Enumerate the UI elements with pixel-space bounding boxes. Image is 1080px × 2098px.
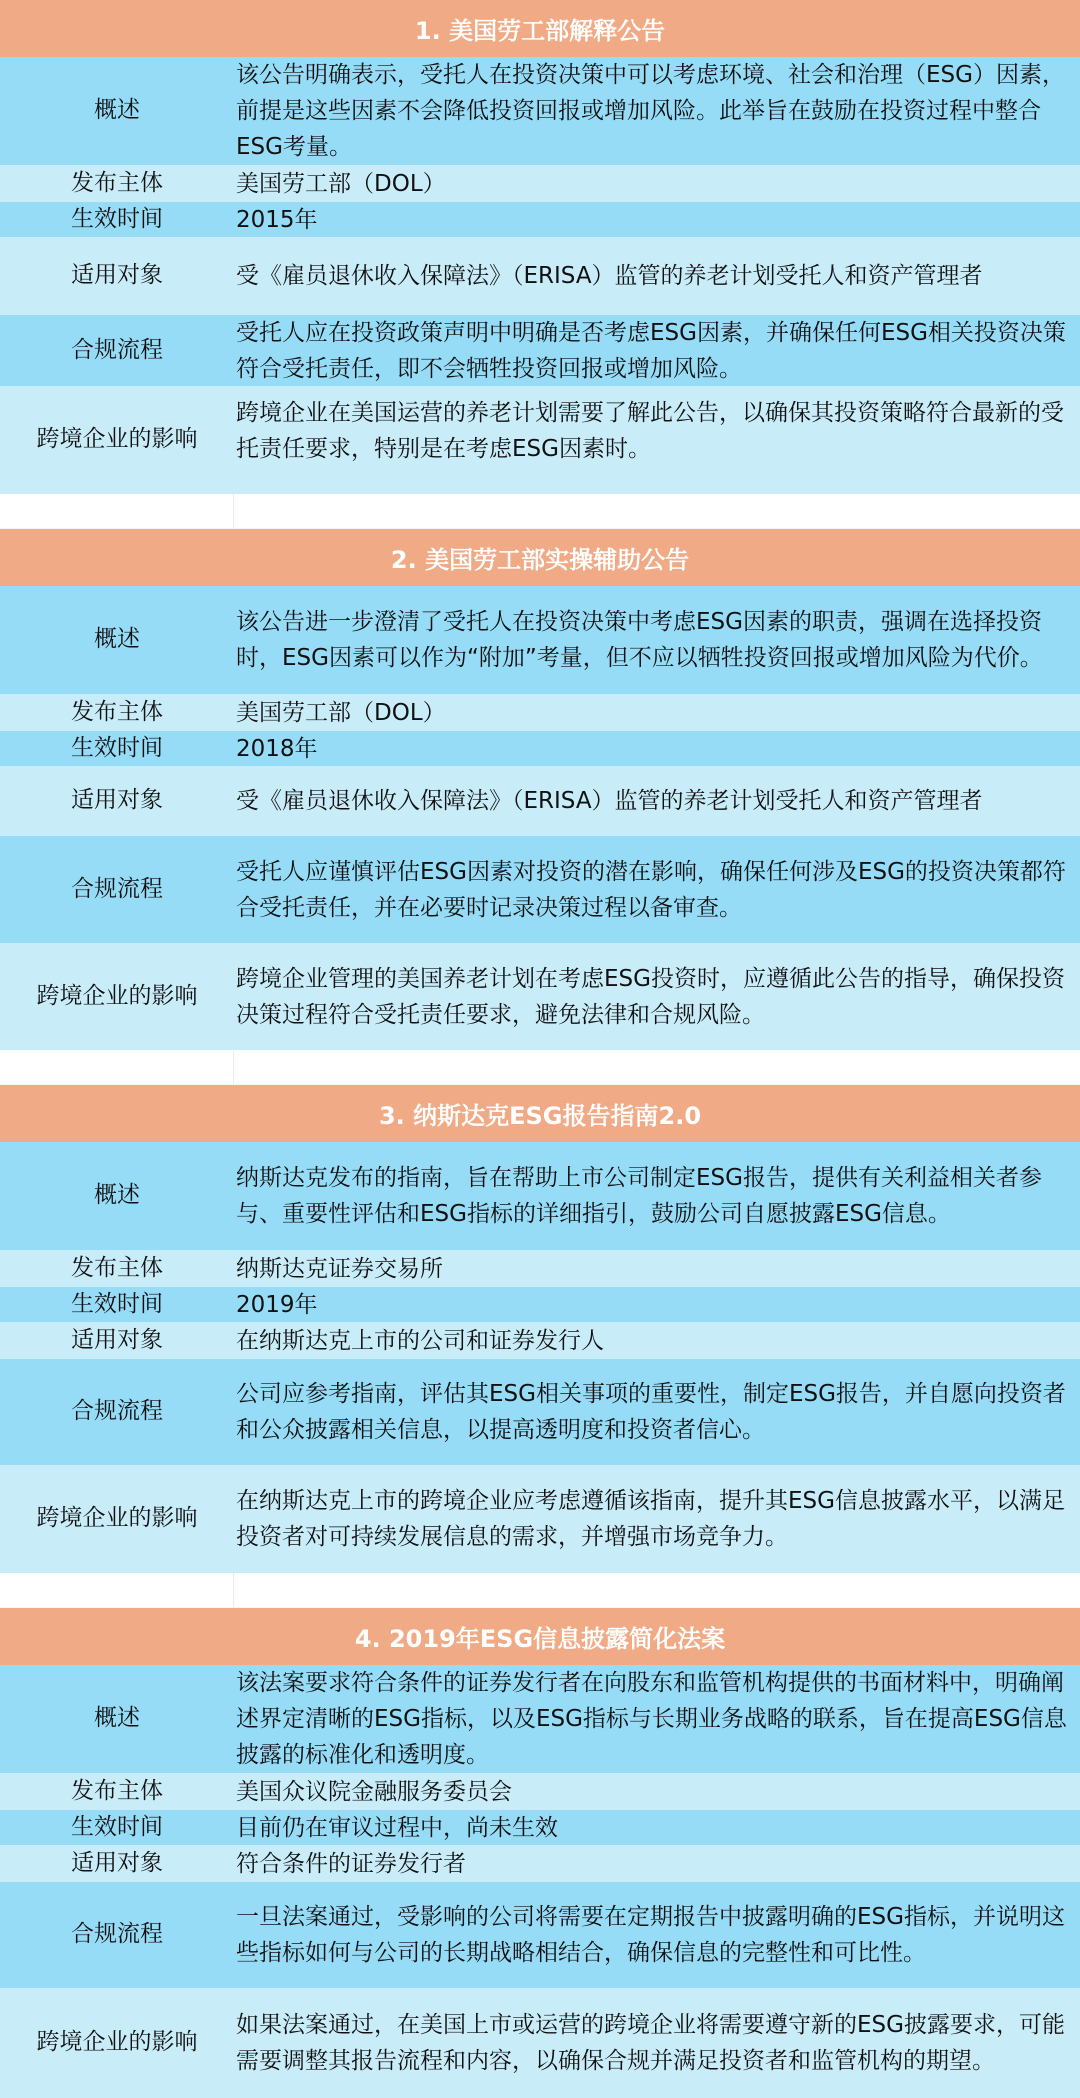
section-3: 3. 纳斯达克ESG报告指南2.0 概述 纳斯达克发布的指南，旨在帮助上市公司制… (0, 1084, 1080, 1607)
section-title: 3. 纳斯达克ESG报告指南2.0 (0, 1084, 1080, 1142)
row-value: 2015年 (234, 202, 1080, 237)
row-value: 2018年 (234, 731, 1080, 766)
section-1: 1. 美国劳工部解释公告 概述 该公告明确表示，受托人在投资决策中可以考虑环境、… (0, 0, 1080, 528)
row-applicable-to: 适用对象 符合条件的证券发行者 (0, 1845, 1080, 1882)
row-value: 美国劳工部（DOL） (234, 165, 1080, 202)
row-label: 跨境企业的影响 (0, 386, 234, 494)
row-label: 概述 (0, 1142, 234, 1250)
section-spacer (0, 1050, 1080, 1084)
row-label: 发布主体 (0, 1773, 234, 1810)
row-issuer: 发布主体 纳斯达克证券交易所 (0, 1250, 1080, 1287)
row-label: 合规流程 (0, 315, 234, 386)
row-compliance-process: 合规流程 受托人应谨慎评估ESG因素对投资的潜在影响，确保任何涉及ESG的投资决… (0, 836, 1080, 943)
row-value: 美国劳工部（DOL） (234, 694, 1080, 731)
row-applicable-to: 适用对象 受《雇员退休收入保障法》（ERISA）监管的养老计划受托人和资产管理者 (0, 766, 1080, 836)
row-compliance-process: 合规流程 公司应参考指南，评估其ESG相关事项的重要性，制定ESG报告，并自愿向… (0, 1359, 1080, 1465)
row-value: 受托人应在投资政策声明中明确是否考虑ESG因素，并确保任何ESG相关投资决策符合… (234, 315, 1080, 386)
row-value: 受《雇员退休收入保障法》（ERISA）监管的养老计划受托人和资产管理者 (234, 237, 1080, 315)
row-effective-date: 生效时间 目前仍在审议过程中，尚未生效 (0, 1810, 1080, 1845)
row-value: 美国众议院金融服务委员会 (234, 1773, 1080, 1810)
row-value: 2019年 (234, 1287, 1080, 1322)
row-label: 合规流程 (0, 1882, 234, 1988)
section-4: 4. 2019年ESG信息披露简化法案 概述 该法案要求符合条件的证券发行者在向… (0, 1607, 1080, 2098)
row-value: 符合条件的证券发行者 (234, 1845, 1080, 1882)
row-label: 适用对象 (0, 1845, 234, 1882)
row-cross-border-impact: 跨境企业的影响 如果法案通过，在美国上市或运营的跨境企业将需要遵守新的ESG披露… (0, 1988, 1080, 2098)
row-effective-date: 生效时间 2018年 (0, 731, 1080, 766)
row-cross-border-impact: 跨境企业的影响 跨境企业在美国运营的养老计划需要了解此公告，以确保其投资策略符合… (0, 386, 1080, 494)
row-label: 适用对象 (0, 1322, 234, 1359)
esg-regulations-table: 1. 美国劳工部解释公告 概述 该公告明确表示，受托人在投资决策中可以考虑环境、… (0, 0, 1080, 2098)
section-spacer (0, 1573, 1080, 1607)
row-value: 受《雇员退休收入保障法》（ERISA）监管的养老计划受托人和资产管理者 (234, 766, 1080, 836)
row-issuer: 发布主体 美国劳工部（DOL） (0, 694, 1080, 731)
section-title: 1. 美国劳工部解释公告 (0, 0, 1080, 57)
row-label: 生效时间 (0, 731, 234, 766)
row-value: 在纳斯达克上市的公司和证券发行人 (234, 1322, 1080, 1359)
row-label: 适用对象 (0, 766, 234, 836)
row-overview: 概述 纳斯达克发布的指南，旨在帮助上市公司制定ESG报告，提供有关利益相关者参与… (0, 1142, 1080, 1250)
row-value: 受托人应谨慎评估ESG因素对投资的潜在影响，确保任何涉及ESG的投资决策都符合受… (234, 836, 1080, 943)
row-label: 概述 (0, 586, 234, 694)
row-value: 该法案要求符合条件的证券发行者在向股东和监管机构提供的书面材料中，明确阐述界定清… (234, 1665, 1080, 1773)
row-value: 公司应参考指南，评估其ESG相关事项的重要性，制定ESG报告，并自愿向投资者和公… (234, 1359, 1080, 1465)
row-label: 合规流程 (0, 836, 234, 943)
row-cross-border-impact: 跨境企业的影响 跨境企业管理的美国养老计划在考虑ESG投资时，应遵循此公告的指导… (0, 943, 1080, 1050)
row-label: 跨境企业的影响 (0, 943, 234, 1050)
row-overview: 概述 该公告进一步澄清了受托人在投资决策中考虑ESG因素的职责，强调在选择投资时… (0, 586, 1080, 694)
row-value: 纳斯达克证券交易所 (234, 1250, 1080, 1287)
section-spacer (0, 494, 1080, 528)
row-value: 跨境企业在美国运营的养老计划需要了解此公告，以确保其投资策略符合最新的受托责任要… (234, 386, 1080, 494)
row-label: 跨境企业的影响 (0, 1988, 234, 2098)
row-value: 在纳斯达克上市的跨境企业应考虑遵循该指南，提升其ESG信息披露水平，以满足投资者… (234, 1465, 1080, 1573)
row-label: 发布主体 (0, 694, 234, 731)
row-value: 纳斯达克发布的指南，旨在帮助上市公司制定ESG报告，提供有关利益相关者参与、重要… (234, 1142, 1080, 1250)
row-label: 发布主体 (0, 1250, 234, 1287)
row-label: 概述 (0, 57, 234, 165)
row-value: 如果法案通过，在美国上市或运营的跨境企业将需要遵守新的ESG披露要求，可能需要调… (234, 1988, 1080, 2098)
row-applicable-to: 适用对象 在纳斯达克上市的公司和证券发行人 (0, 1322, 1080, 1359)
row-value: 该公告明确表示，受托人在投资决策中可以考虑环境、社会和治理（ESG）因素，前提是… (234, 57, 1080, 165)
row-label: 发布主体 (0, 165, 234, 202)
section-title: 4. 2019年ESG信息披露简化法案 (0, 1607, 1080, 1665)
row-value: 一旦法案通过，受影响的公司将需要在定期报告中披露明确的ESG指标，并说明这些指标… (234, 1882, 1080, 1988)
row-label: 生效时间 (0, 1810, 234, 1845)
section-title: 2. 美国劳工部实操辅助公告 (0, 528, 1080, 586)
row-effective-date: 生效时间 2019年 (0, 1287, 1080, 1322)
row-label: 适用对象 (0, 237, 234, 315)
row-applicable-to: 适用对象 受《雇员退休收入保障法》（ERISA）监管的养老计划受托人和资产管理者 (0, 237, 1080, 315)
row-issuer: 发布主体 美国劳工部（DOL） (0, 165, 1080, 202)
row-label: 跨境企业的影响 (0, 1465, 234, 1573)
row-compliance-process: 合规流程 一旦法案通过，受影响的公司将需要在定期报告中披露明确的ESG指标，并说… (0, 1882, 1080, 1988)
row-issuer: 发布主体 美国众议院金融服务委员会 (0, 1773, 1080, 1810)
row-overview: 概述 该法案要求符合条件的证券发行者在向股东和监管机构提供的书面材料中，明确阐述… (0, 1665, 1080, 1773)
row-value: 跨境企业管理的美国养老计划在考虑ESG投资时，应遵循此公告的指导，确保投资决策过… (234, 943, 1080, 1050)
row-value: 该公告进一步澄清了受托人在投资决策中考虑ESG因素的职责，强调在选择投资时，ES… (234, 586, 1080, 694)
row-label: 生效时间 (0, 202, 234, 237)
section-2: 2. 美国劳工部实操辅助公告 概述 该公告进一步澄清了受托人在投资决策中考虑ES… (0, 528, 1080, 1084)
row-label: 生效时间 (0, 1287, 234, 1322)
row-label: 概述 (0, 1665, 234, 1773)
row-overview: 概述 该公告明确表示，受托人在投资决策中可以考虑环境、社会和治理（ESG）因素，… (0, 57, 1080, 165)
row-cross-border-impact: 跨境企业的影响 在纳斯达克上市的跨境企业应考虑遵循该指南，提升其ESG信息披露水… (0, 1465, 1080, 1573)
row-value: 目前仍在审议过程中，尚未生效 (234, 1810, 1080, 1845)
row-compliance-process: 合规流程 受托人应在投资政策声明中明确是否考虑ESG因素，并确保任何ESG相关投… (0, 315, 1080, 386)
row-effective-date: 生效时间 2015年 (0, 202, 1080, 237)
row-label: 合规流程 (0, 1359, 234, 1465)
